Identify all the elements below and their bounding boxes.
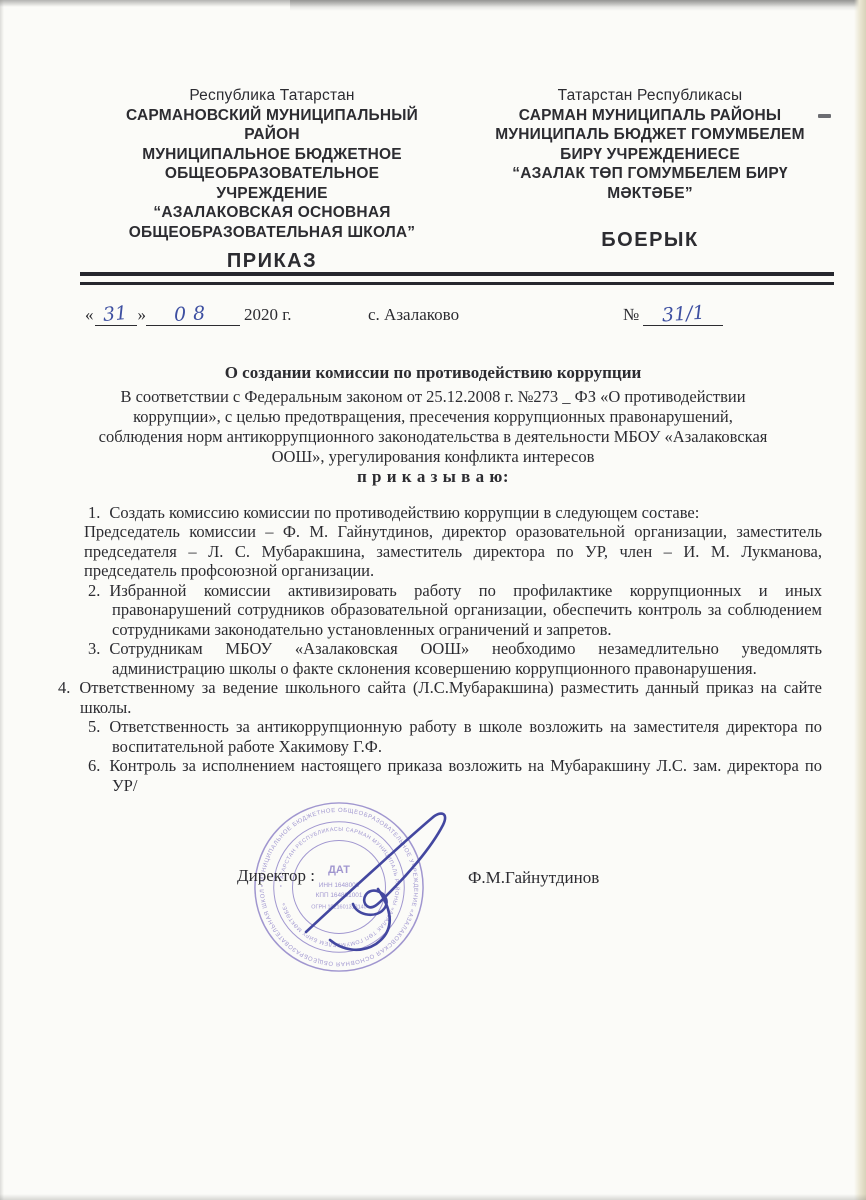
scan-edge-top-shadow — [290, 0, 866, 11]
item-number: 1. — [88, 503, 100, 522]
item-number: 2. — [88, 581, 100, 600]
item-number: 4. — [58, 678, 70, 697]
org-line-tat: МӘКТӘБЕ” — [468, 184, 832, 204]
org-line-tat: МУНИЦИПАЛЬ БЮДЖЕТ ГОМУМБЕЛЕМ — [468, 125, 832, 145]
intro-paragraph: В соответствии с Федеральным законом от … — [0, 387, 866, 467]
doc-type-ru: ПРИКАЗ — [90, 252, 454, 272]
date-line: «31»082020 г. с. Азалаково №31/1 — [0, 297, 866, 339]
resolution-word: п р и к а з ы в а ю: — [0, 467, 866, 487]
order-title: О создании комиссии по противодействию к… — [0, 363, 866, 383]
intro-line: В соответствии с Федеральным законом от … — [0, 387, 866, 407]
order-items: 1.Создать комиссию комиссии по противоде… — [84, 503, 822, 796]
order-item-6: 6.Контроль за исполнением настоящего при… — [84, 756, 822, 795]
date-day-blank: 31 — [95, 305, 137, 326]
org-line-ru: МУНИЦИПАЛЬНОЕ БЮДЖЕТНОЕ — [90, 145, 454, 165]
intro-line: коррупции», с целью предотвращения, прес… — [0, 407, 866, 427]
org-line-ru: РАЙОН — [90, 125, 454, 145]
date-month-blank: 08 — [146, 305, 240, 326]
order-item-4: 4.Ответственному за ведение школьного са… — [58, 678, 822, 717]
place-name: с. Азалаково — [368, 305, 459, 325]
date-year: 2020 г. — [244, 305, 292, 324]
intro-line: ООШ», урегулирования конфликта интересов — [0, 447, 866, 467]
order-number-field: №31/1 — [623, 305, 723, 326]
org-line-tat: САРМАН МУНИЦИПАЛЬ РАЙОНЫ — [468, 106, 832, 126]
org-line-ru: “АЗАЛАКОВСКАЯ ОСНОВНАЯ — [90, 203, 454, 223]
letterhead-tatar: Татарстан Республикасы САРМАН МУНИЦИПАЛЬ… — [468, 86, 832, 272]
doc-type-tat: БОЕРЫК — [468, 231, 832, 251]
handwritten-day: 31 — [103, 303, 129, 324]
scanned-order-page: Республика Татарстан САРМАНОВСКИЙ МУНИЦИ… — [0, 0, 866, 1200]
order-item-1-continuation: Председатель комиссии – Ф. М. Гайнутдино… — [84, 522, 822, 581]
letterhead-russian: Республика Татарстан САРМАНОВСКИЙ МУНИЦИ… — [90, 86, 454, 272]
intro-line: соблюдения норм антикоррупционного закон… — [0, 427, 866, 447]
region-name-tat: Татарстан Республикасы — [468, 86, 832, 106]
letterhead: Республика Татарстан САРМАНОВСКИЙ МУНИЦИ… — [0, 0, 866, 272]
scan-edge-bottom — [0, 1194, 866, 1200]
org-line-ru: САРМАНОВСКИЙ МУНИЦИПАЛЬНЫЙ — [90, 106, 454, 126]
order-item-3: 3.Сотрудникам МБОУ «Азалаковская ООШ» не… — [84, 639, 822, 678]
number-sign: № — [623, 305, 639, 324]
scan-edge-left — [0, 0, 4, 1200]
order-item-1: 1.Создать комиссию комиссии по противоде… — [84, 503, 822, 523]
order-item-5: 5.Ответственность за антикоррупционную р… — [84, 717, 822, 756]
org-line-tat: БИРҮ УЧРЕЖДЕНИЕСЕ — [468, 145, 832, 165]
org-line-ru: ОБЩЕОБРАЗОВАТЕЛЬНАЯ ШКОЛА” — [90, 223, 454, 243]
date-field: «31»082020 г. — [85, 305, 292, 326]
divider-double-rule — [80, 272, 834, 285]
org-line-ru: УЧРЕЖДЕНИЕ — [90, 184, 454, 204]
number-blank: 31/1 — [643, 305, 723, 326]
director-signature — [258, 792, 488, 972]
scan-edge-right — [854, 0, 866, 1200]
org-line-ru: ОБЩЕОБРАЗОВАТЕЛЬНОЕ — [90, 164, 454, 184]
item-number: 3. — [88, 639, 100, 658]
item-number: 5. — [88, 717, 100, 736]
handwritten-number: 31/1 — [661, 303, 705, 325]
item-number: 6. — [88, 756, 100, 775]
region-name-ru: Республика Татарстан — [90, 86, 454, 106]
order-item-2: 2.Избранной комиссии активизировать рабо… — [84, 581, 822, 640]
org-line-tat: “АЗАЛАК ТӨП ГОМУМБЕЛЕМ БИРҮ — [468, 164, 832, 184]
handwritten-month: 08 — [173, 304, 212, 325]
scan-artifact-dash — [818, 114, 831, 118]
